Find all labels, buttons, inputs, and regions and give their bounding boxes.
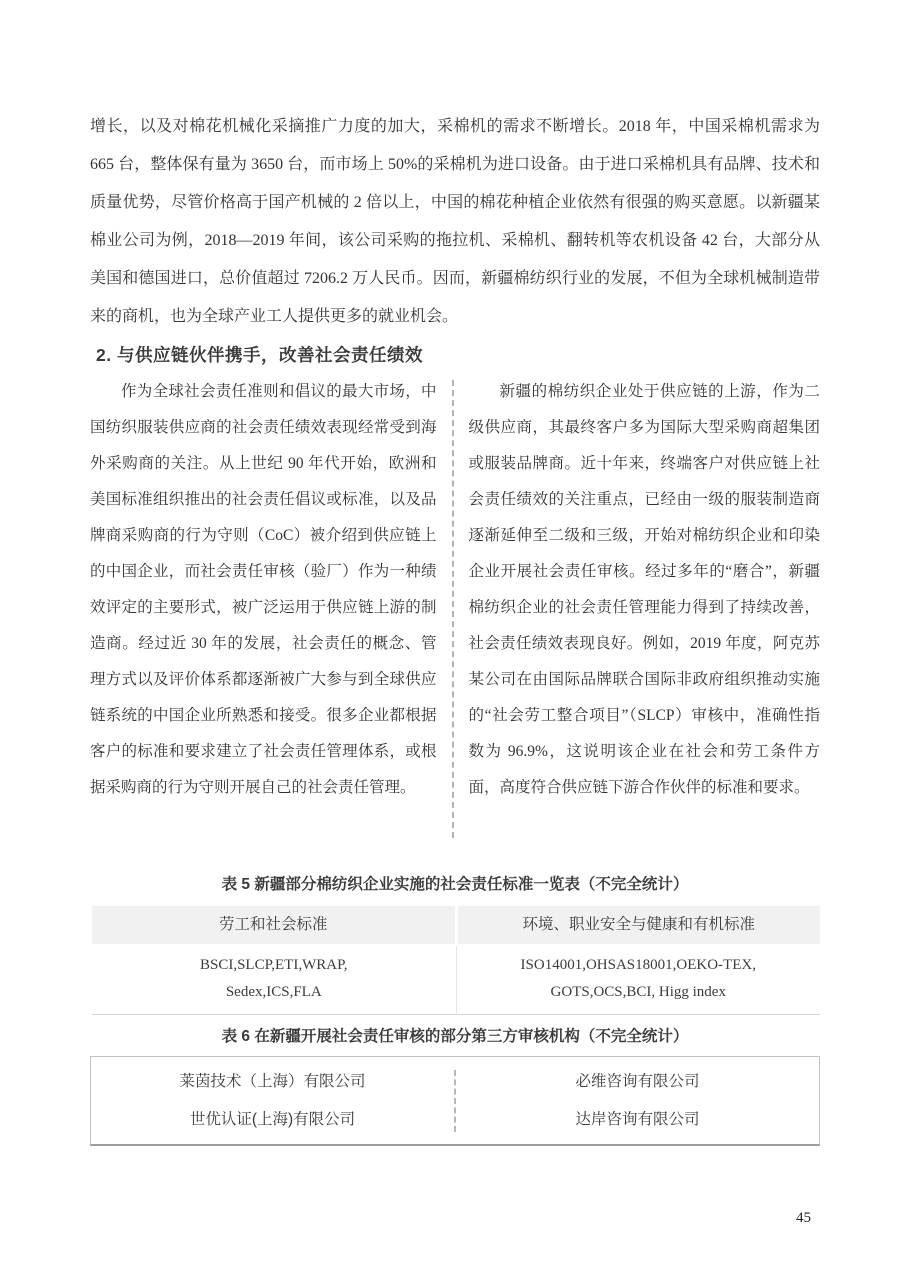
table6-cell-auditor-1: 莱茵技术（上海）有限公司 bbox=[91, 1063, 454, 1101]
document-page: 增长，以及对棉花机械化采摘推广力度的加大，采棉机的需求不断增长。2018 年，中… bbox=[0, 0, 900, 1272]
table6-left-column: 莱茵技术（上海）有限公司 世优认证(上海)有限公司 bbox=[91, 1063, 454, 1139]
table5: 劳工和社会标准 环境、职业安全与健康和有机标准 BSCI,SLCP,ETI,WR… bbox=[92, 906, 820, 1015]
table5-cell-labor-line2: Sedex,ICS,FLA bbox=[92, 979, 456, 1006]
right-column-text: 新疆的棉纺织企业处于供应链的上游，作为二级供应商，其最终客户多为国际大型采购商超… bbox=[469, 374, 821, 838]
table6-cell-auditor-4: 达岸咨询有限公司 bbox=[456, 1101, 819, 1139]
table5-cell-labor: BSCI,SLCP,ETI,WRAP, Sedex,ICS,FLA bbox=[92, 946, 456, 1014]
table5-cell-environment-line2: GOTS,OCS,BCI, Higg index bbox=[457, 979, 821, 1006]
table5-header-environment: 环境、职业安全与健康和有机标准 bbox=[458, 906, 821, 944]
table6: 莱茵技术（上海）有限公司 世优认证(上海)有限公司 必维咨询有限公司 达岸咨询有… bbox=[90, 1056, 820, 1146]
table5-cell-labor-line1: BSCI,SLCP,ETI,WRAP, bbox=[92, 952, 456, 979]
intro-paragraph: 增长，以及对棉花机械化采摘推广力度的加大，采棉机的需求不断增长。2018 年，中… bbox=[90, 108, 820, 336]
left-column-text: 作为全球社会责任准则和倡议的最大市场，中国纺织服装供应商的社会责任绩效表现经常受… bbox=[90, 374, 437, 838]
table6-cell-auditor-3: 必维咨询有限公司 bbox=[456, 1063, 819, 1101]
table5-cell-environment-line1: ISO14001,OHSAS18001,OEKO-TEX, bbox=[457, 952, 821, 979]
table6-cell-auditor-2: 世优认证(上海)有限公司 bbox=[91, 1101, 454, 1139]
table6-right-column: 必维咨询有限公司 达岸咨询有限公司 bbox=[456, 1063, 819, 1139]
table5-caption: 表 5 新疆部分棉纺织企业实施的社会责任标准一览表（不完全统计） bbox=[90, 872, 820, 894]
two-column-section: 作为全球社会责任准则和倡议的最大市场，中国纺织服装供应商的社会责任绩效表现经常受… bbox=[90, 374, 820, 838]
column-divider bbox=[452, 380, 454, 838]
table5-body-row: BSCI,SLCP,ETI,WRAP, Sedex,ICS,FLA ISO140… bbox=[92, 946, 820, 1015]
table5-header-row: 劳工和社会标准 环境、职业安全与健康和有机标准 bbox=[92, 906, 820, 944]
table5-header-labor: 劳工和社会标准 bbox=[92, 906, 455, 944]
table6-caption: 表 6 在新疆开展社会责任审核的部分第三方审核机构（不完全统计） bbox=[90, 1024, 820, 1046]
section-heading: 2. 与供应链伙伴携手，改善社会责任绩效 bbox=[96, 342, 796, 367]
page-number: 45 bbox=[796, 1210, 811, 1227]
table5-cell-environment: ISO14001,OHSAS18001,OEKO-TEX, GOTS,OCS,B… bbox=[456, 946, 821, 1014]
